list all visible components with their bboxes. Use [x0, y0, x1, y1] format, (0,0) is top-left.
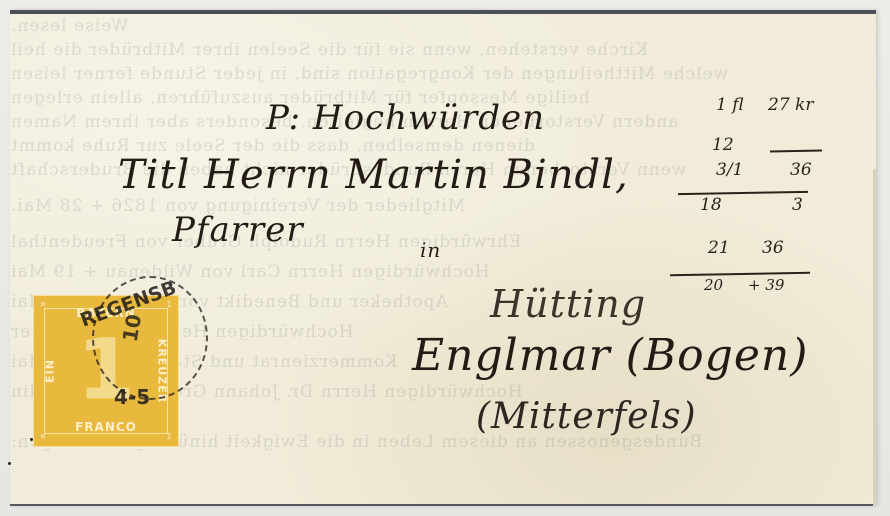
bleed-through-line: Kirche verstehen, wenn sie für die Seele…	[10, 40, 876, 60]
address-recipient-name: Titl Herrn Martin Bindl,	[118, 152, 629, 198]
address-town: Englmar (Bogen)	[412, 330, 808, 381]
address-place-struck: Hütting	[490, 282, 646, 326]
calc-right-1: 27 kr	[768, 95, 813, 115]
calc-right-3: 36	[790, 160, 812, 180]
stamp-franco-text: FRANCO	[34, 420, 178, 434]
address-salutation: P: Hochwürden	[266, 98, 545, 138]
bleed-through-line: Ehrwürdigen Herrn Rudolph Gruber von Fre…	[10, 232, 876, 252]
stamp-left-text: EIN	[43, 359, 56, 383]
calc-right-6: + 39	[748, 276, 784, 294]
calc-left-4: 18	[700, 195, 722, 215]
address-preposition: in	[420, 238, 441, 262]
calc-right-5: 36	[762, 238, 784, 258]
ink-speck	[8, 462, 11, 465]
ink-speck	[30, 438, 33, 441]
bleed-through-line: welche Mittheilungen der Kongregation si…	[10, 64, 876, 84]
calc-left-5: 21	[708, 238, 730, 258]
bleed-through-line: Mitglieder der Vereinigung von 1826 + 28…	[10, 196, 876, 216]
postmark-day: 10	[118, 312, 146, 344]
postmark-time: 4-5	[114, 385, 150, 409]
calc-left-1: 1 fl	[716, 95, 744, 115]
calc-left-3: 3/1	[716, 160, 743, 180]
calc-left-2: 12	[712, 135, 734, 155]
calc-left-6: 20	[704, 276, 723, 294]
calc-right-4: 3	[792, 195, 803, 215]
address-title: Pfarrer	[172, 210, 304, 250]
bleed-through-line: Weise lesen.	[10, 16, 876, 36]
address-district: (Mitterfels)	[476, 396, 697, 437]
